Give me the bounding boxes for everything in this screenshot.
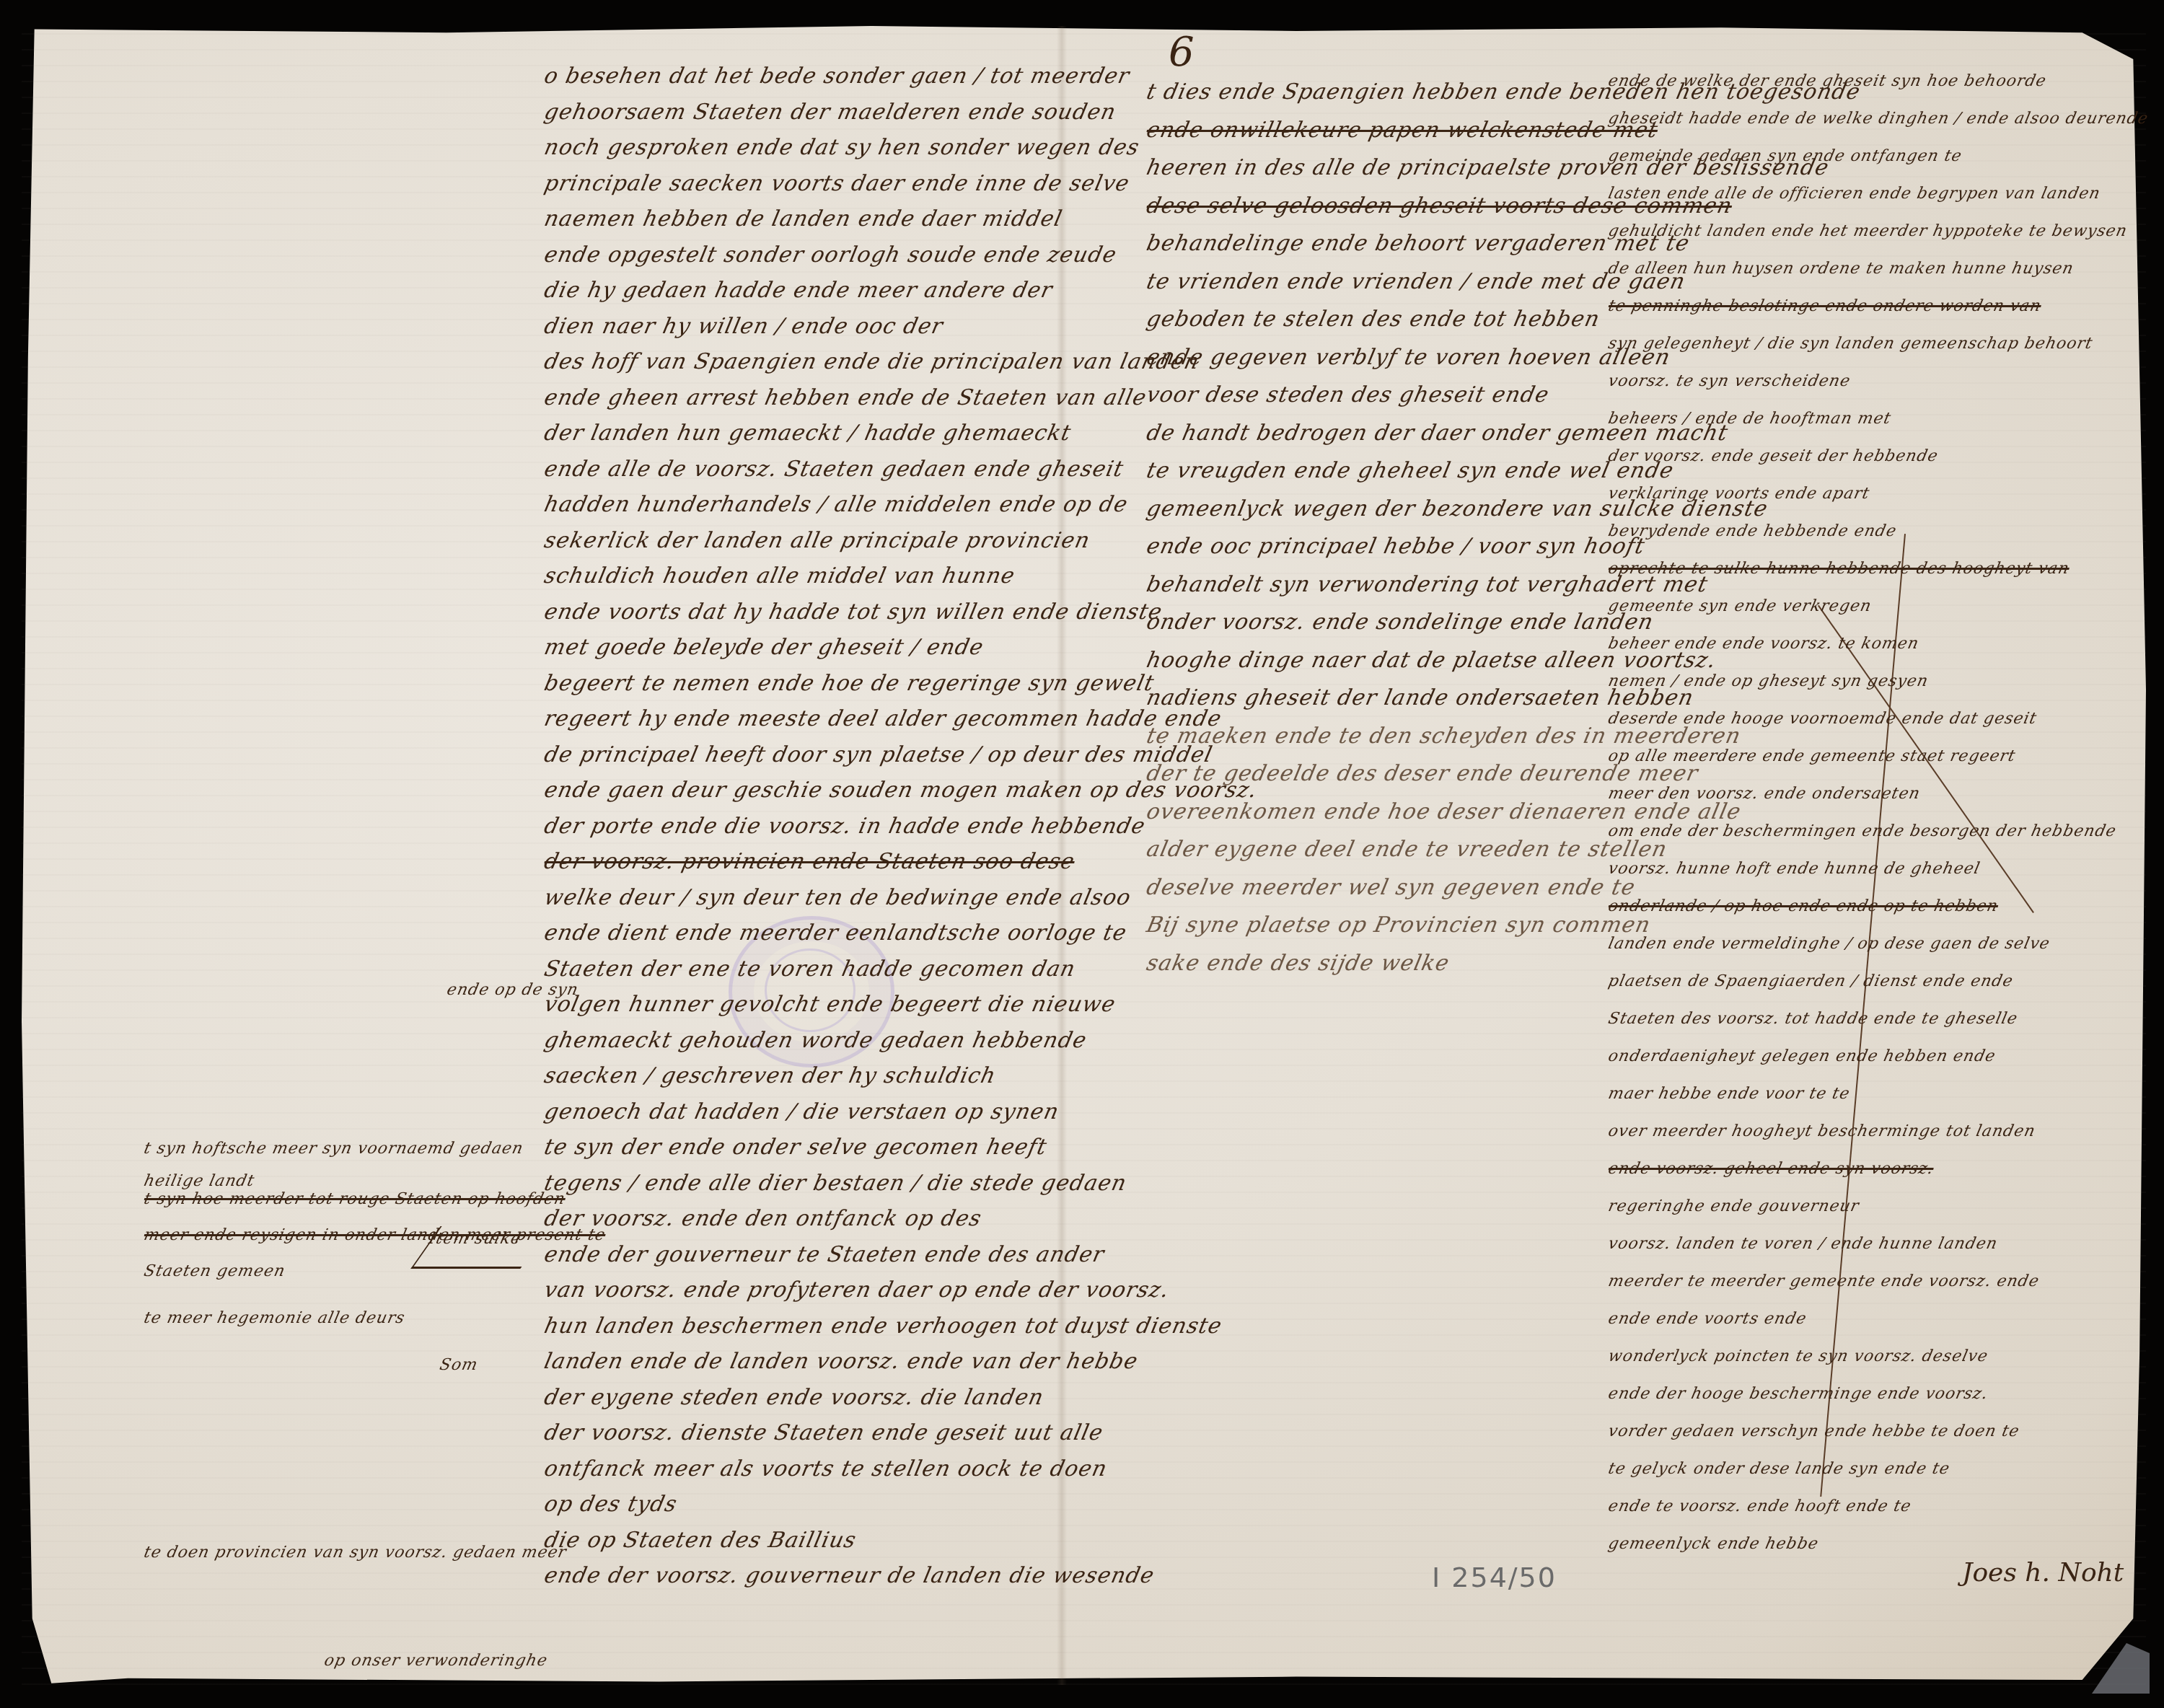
handwritten-line: ende ooc principael hebbe / voor syn hoo… — [1144, 534, 1647, 559]
handwritten-line: ende voorsz. geheel ende syn voorsz. — [1606, 1160, 1935, 1178]
handwritten-line: ende gegeven verblyf te voren hoeven all… — [1144, 345, 1673, 370]
handwritten-line: te doen provincien van syn voorsz. gedae… — [142, 1544, 568, 1562]
handwritten-line: geboden te stelen des ende tot hebben — [1144, 307, 1602, 332]
handwritten-line: volgen hunner gevolcht ende begeert die … — [542, 992, 1118, 1017]
handwritten-line: ende te voorsz. ende hooft ende te — [1606, 1497, 1913, 1515]
handwritten-line: schuldich houden alle middel van hunne — [542, 563, 1017, 589]
handwritten-line: maer hebbe ende voor te te — [1606, 1085, 1852, 1103]
handwritten-line: begeert te nemen ende hoe de regeringe s… — [542, 671, 1156, 696]
handwritten-line: t syn hoftsche meer syn voornaemd gedaen — [142, 1140, 525, 1158]
handwritten-line: gemeenlyck ende hebbe — [1606, 1535, 1820, 1553]
handwritten-line: Item sulke — [427, 1230, 523, 1248]
handwritten-line: ende onwillekeure papen welckenstede met — [1144, 118, 1660, 143]
handwritten-line: meer den voorsz. ende ondersaeten — [1606, 785, 1922, 803]
handwritten-line: ende der hooge bescherminge ende voorsz. — [1606, 1385, 1989, 1403]
handwritten-line: gemeinde gedaen syn ende ontfangen te — [1606, 147, 1963, 165]
handwritten-line: heilige landt — [142, 1172, 256, 1190]
handwritten-line: o besehen dat het bede sonder gaen / tot… — [542, 63, 1132, 89]
handwritten-line: te meer hegemonie alle deurs — [142, 1309, 406, 1327]
handwritten-line: met goede beleyde der gheseit / ende — [542, 635, 986, 660]
handwritten-line: wonderlyck poincten te syn voorsz. desel… — [1606, 1347, 1989, 1365]
handwritten-line: ende ende voorts ende — [1606, 1310, 1808, 1328]
handwritten-line: Staeten des voorsz. tot hadde ende te gh… — [1606, 1010, 2019, 1028]
handwritten-line: van voorsz. ende profyteren daer op ende… — [542, 1277, 1171, 1303]
handwritten-line: over meerder hoogheyt bescherminge tot l… — [1606, 1122, 2037, 1140]
handwritten-line: ende op de syn — [445, 981, 580, 999]
handwritten-line: verklaringe voorts ende apart — [1606, 485, 1871, 503]
handwritten-line: ghemaeckt gehouden worde gedaen hebbende — [542, 1028, 1089, 1053]
handwritten-line: sekerlick der landen alle principale pro… — [542, 528, 1092, 553]
handwritten-line: Staeten gemeen — [142, 1262, 287, 1280]
handwritten-line: t syn hoe meerder tot rouge Staeten op h… — [142, 1190, 567, 1208]
handwritten-line: nemen / ende op gheseyt syn gesyen — [1606, 672, 1930, 690]
handwritten-line: op alle meerdere ende gemeente staet reg… — [1606, 747, 2017, 765]
handwritten-line: principale saecken voorts daer ende inne… — [542, 171, 1132, 196]
handwritten-line: der voorsz. ende geseit der hebbende — [1606, 447, 1940, 465]
handwritten-line: op des tyds — [542, 1492, 679, 1517]
handwritten-line: dien naer hy willen / ende ooc der — [542, 314, 946, 339]
handwritten-line: voor dese steden des gheseit ende — [1144, 382, 1552, 408]
handwritten-line: hun landen beschermen ende verhoogen tot… — [542, 1313, 1224, 1339]
handwritten-line: op onser verwonderinghe — [322, 1652, 549, 1670]
archival-shelfmark: I 254/50 — [1432, 1562, 1557, 1593]
handwritten-line: naemen hebben de landen ende daer middel — [542, 206, 1065, 232]
handwritten-line: gehuldicht landen ende het meerder hyppo… — [1606, 222, 2129, 240]
handwritten-line: ontfanck meer als voorts te stellen oock… — [542, 1456, 1109, 1482]
handwritten-line: bevrydende ende hebbende ende — [1606, 522, 1898, 540]
handwritten-line: ende der voorsz. gouverneur de landen di… — [542, 1563, 1157, 1588]
handwritten-line: regeert hy ende meeste deel alder gecomm… — [542, 706, 1224, 731]
handwritten-line: die op Staeten des Baillius — [542, 1528, 858, 1553]
handwritten-line: oprechte te sulke hunne hebbende des hoo… — [1606, 560, 2071, 578]
handwritten-line: Bij syne plaetse op Provincien syn comme… — [1144, 912, 1653, 938]
handwritten-line: te penninghe beslotinge ende ondere word… — [1606, 297, 2043, 315]
handwritten-line: te syn der ende onder selve gecomen heef… — [542, 1135, 1049, 1160]
signature: Joes h. Noht — [1962, 1558, 2124, 1588]
handwritten-line: deserde ende hooge voornoemde ende dat g… — [1606, 710, 2038, 728]
handwritten-line: beheers / ende de hooftman met — [1606, 410, 1893, 428]
handwritten-line: der landen hun gemaeckt / hadde ghemaeck… — [542, 421, 1073, 446]
handwritten-line: te gelyck onder dese lande syn ende te — [1606, 1460, 1951, 1478]
handwritten-line: noch gesproken ende dat sy hen sonder we… — [542, 135, 1142, 160]
handwritten-line: ende dient ende meerder eenlandtsche oor… — [542, 920, 1129, 946]
handwritten-line: Staeten der ene te voren hadde gecomen d… — [542, 956, 1078, 982]
handwritten-line: ende voorts dat hy hadde tot syn willen … — [542, 599, 1164, 625]
handwritten-line: om ende der beschermingen ende besorgen … — [1606, 822, 2118, 840]
handwritten-line: der voorsz. dienste Staeten ende geseit … — [542, 1420, 1105, 1445]
handwritten-line: onderlande / op hoe ende ende op te hebb… — [1606, 897, 2000, 915]
handwritten-line: de alleen hun huysen ordene te maken hun… — [1606, 260, 2075, 278]
handwritten-line: landen ende de landen voorsz. ende van d… — [542, 1349, 1140, 1374]
handwritten-line: voorsz. hunne hoft ende hunne de gheheel — [1606, 860, 1982, 878]
handwritten-line: ende der gouverneur te Staeten ende des … — [542, 1242, 1107, 1267]
handwritten-line: vorder gedaen verschyn ende hebbe te doe… — [1606, 1422, 2021, 1440]
handwritten-line: de principael heeft door syn plaetse / o… — [542, 742, 1215, 767]
handwritten-line: saecken / geschreven der hy schuldich — [542, 1063, 998, 1088]
handwritten-line: der porte ende die voorsz. in hadde ende… — [542, 814, 1148, 839]
handwritten-line: gheseidt hadde ende de welke dinghen / e… — [1606, 110, 2150, 128]
handwritten-line: syn gelegenheyt / die syn landen gemeens… — [1606, 335, 2094, 353]
handwritten-line: te vreugden ende gheheel syn ende wel en… — [1144, 458, 1676, 483]
handwritten-line: welke deur / syn deur ten de bedwinge en… — [542, 885, 1133, 910]
handwritten-line: meer ende reysigen in onder landen meer … — [142, 1226, 607, 1244]
page-number: 6 — [1169, 29, 1195, 76]
handwritten-line: regeringhe ende gouverneur — [1606, 1197, 1861, 1215]
handwritten-line: gemeente syn ende verkregen — [1606, 597, 1873, 615]
handwritten-line: landen ende vermeldinghe / op dese gaen … — [1606, 935, 2051, 953]
handwritten-line: deselve meerder wel syn gegeven ende te — [1144, 875, 1637, 900]
handwritten-line: beheer ende ende voorsz. te komen — [1606, 635, 1920, 653]
handwritten-line: sake ende des sijde welke — [1144, 951, 1451, 976]
handwritten-line: Som — [438, 1356, 480, 1374]
handwritten-line: voorsz. te syn verscheidene — [1606, 372, 1852, 390]
handwritten-line: onder voorsz. ende sondelinge ende lande… — [1144, 609, 1655, 635]
handwritten-line: des hoff van Spaengien ende die principa… — [542, 349, 1202, 374]
handwritten-line: die hy gedaen hadde ende meer andere der — [542, 278, 1055, 303]
handwritten-line: der voorsz. ende den ontfanck op des — [542, 1206, 984, 1231]
handwritten-line: genoech dat hadden / die verstaen op syn… — [542, 1099, 1061, 1124]
handwritten-line: voorsz. landen te voren / ende hunne lan… — [1606, 1235, 1999, 1253]
handwritten-line: plaetsen de Spaengiaerden / dienst ende … — [1606, 972, 2015, 990]
handwritten-line: ende alle de voorsz. Staeten gedaen ende… — [542, 457, 1126, 482]
handwritten-line: der eygene steden ende voorsz. die lande… — [542, 1385, 1046, 1410]
handwritten-line: alder eygene deel ende te vreeden te ste… — [1144, 837, 1669, 862]
handwritten-line: te vrienden ende vrienden / ende met de … — [1144, 269, 1688, 294]
handwritten-line: ende opgestelt sonder oorlogh soude ende… — [542, 242, 1119, 268]
handwritten-line: lasten ende alle de officieren ende begr… — [1606, 185, 2102, 203]
handwritten-line: gehoorsaem Staeten der maelderen ende so… — [542, 100, 1118, 125]
handwritten-line: ende gheen arrest hebben ende de Staeten… — [542, 385, 1149, 410]
handwritten-line: tegens / ende alle dier bestaen / die st… — [542, 1171, 1129, 1196]
handwritten-line: meerder te meerder gemeente ende voorsz.… — [1606, 1272, 2041, 1290]
handwritten-line: ende de welke der ende gheseit syn hoe b… — [1606, 72, 2048, 90]
handwritten-line: der voorsz. provincien ende Staeten soo … — [542, 849, 1077, 874]
handwritten-line: onderdaenigheyt gelegen ende hebben ende — [1606, 1047, 1997, 1065]
handwritten-line: hadden hunderhandels / alle middelen end… — [542, 492, 1130, 517]
